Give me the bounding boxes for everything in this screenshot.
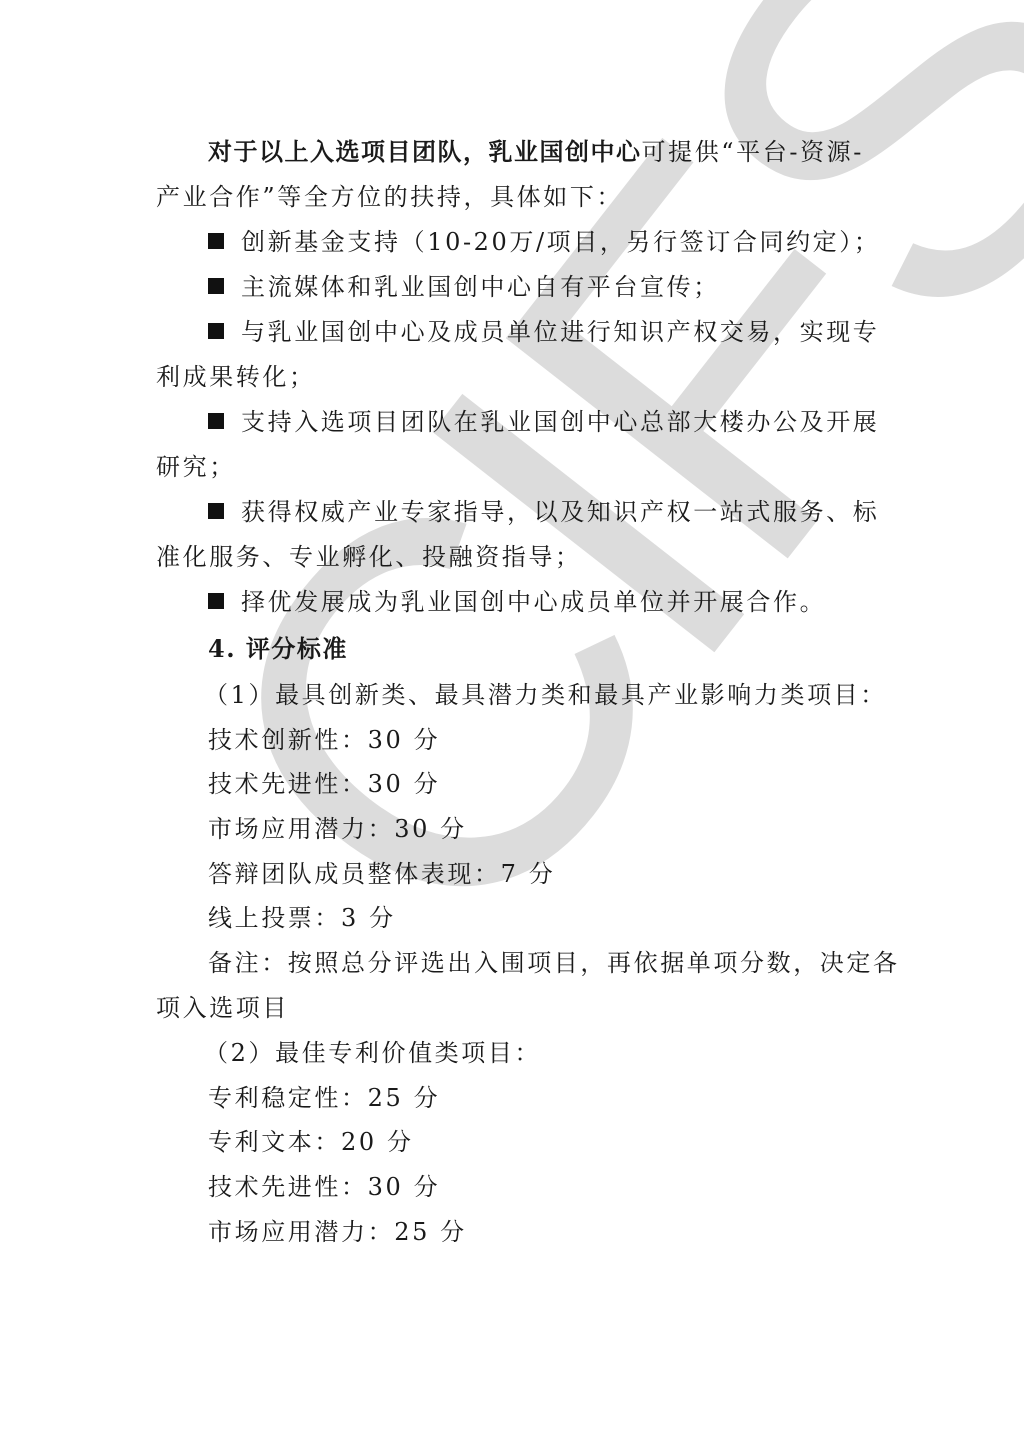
intro-bold-text: 对于以上入选项目团队，乳业国创中心 <box>208 137 642 166</box>
criteria-item: 技术创新性：30 分 <box>208 725 440 755</box>
square-bullet-icon <box>208 233 224 249</box>
criteria-note-line-1: 备注：按照总分评选出入围项目，再依据单项分数，决定各 <box>208 948 900 978</box>
criteria-item: 市场应用潜力：30 分 <box>208 814 467 844</box>
intro-normal-text: 可提供“平台-资源- <box>642 138 865 166</box>
support-item-3-continuation: 利成果转化； <box>156 362 316 392</box>
criteria-item: 市场应用潜力：25 分 <box>208 1217 467 1247</box>
document-page: 对于以上入选项目团队，乳业国创中心可提供“平台-资源- 产业合作”等全方位的扶持… <box>0 0 1024 1448</box>
support-item-6: 择优发展成为乳业国创中心成员单位并开展合作。 <box>208 587 826 617</box>
support-item-4: 支持入选项目团队在乳业国创中心总部大楼办公及开展 <box>208 407 879 437</box>
criteria-group-1-title: （1）最具创新类、最具潜力类和最具产业影响力类项目： <box>204 680 887 710</box>
support-item-text: 支持入选项目团队在乳业国创中心总部大楼办公及开展 <box>241 408 879 436</box>
support-item-text: 主流媒体和乳业国创中心自有平台宣传； <box>241 273 720 301</box>
criteria-item: 专利文本：20 分 <box>208 1127 414 1157</box>
support-item-text: 择优发展成为乳业国创中心成员单位并开展合作。 <box>241 588 826 616</box>
square-bullet-icon <box>208 593 224 609</box>
support-item-text: 与乳业国创中心及成员单位进行知识产权交易，实现专 <box>241 318 879 346</box>
criteria-group-2-title: （2）最佳专利价值类项目： <box>204 1038 541 1068</box>
square-bullet-icon <box>208 503 224 519</box>
criteria-item: 技术先进性：30 分 <box>208 1172 440 1202</box>
support-item-4-continuation: 研究； <box>156 452 236 482</box>
intro-paragraph-line-1: 对于以上入选项目团队，乳业国创中心可提供“平台-资源- <box>208 137 864 167</box>
support-item-3: 与乳业国创中心及成员单位进行知识产权交易，实现专 <box>208 317 879 347</box>
criteria-item: 专利稳定性：25 分 <box>208 1083 440 1113</box>
criteria-note-line-2: 项入选项目 <box>156 993 289 1023</box>
support-item-5: 获得权威产业专家指导，以及知识产权一站式服务、标 <box>208 497 879 527</box>
square-bullet-icon <box>208 323 224 339</box>
intro-paragraph-line-2: 产业合作”等全方位的扶持，具体如下： <box>156 182 623 212</box>
criteria-item: 线上投票：3 分 <box>208 903 396 933</box>
section-heading: 4. 评分标准 <box>208 634 348 664</box>
support-item-2: 主流媒体和乳业国创中心自有平台宣传； <box>208 272 720 302</box>
criteria-item: 技术先进性：30 分 <box>208 769 440 799</box>
support-item-1: 创新基金支持（10-20万/项目，另行签订合同约定）； <box>208 227 880 257</box>
square-bullet-icon <box>208 278 224 294</box>
support-item-text: 创新基金支持（10-20万/项目，另行签订合同约定）； <box>241 228 880 256</box>
support-item-5-continuation: 准化服务、专业孵化、投融资指导； <box>156 542 582 572</box>
support-item-text: 获得权威产业专家指导，以及知识产权一站式服务、标 <box>241 498 879 526</box>
criteria-item: 答辩团队成员整体表现：7 分 <box>208 859 555 889</box>
square-bullet-icon <box>208 413 224 429</box>
